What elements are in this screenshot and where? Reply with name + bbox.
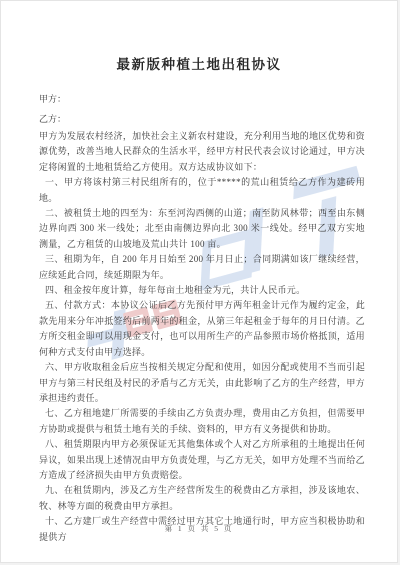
clause-3: 三、租期为年，自 200 年月日始至 200 年月日止；合同期满如该厂继续经营，… xyxy=(39,252,365,283)
party-b-label: 乙方： xyxy=(39,109,365,129)
document-page: 最新版种植土地出租协议 甲方： 乙方： 甲方为发展农村经济，加快社会主义新农村建… xyxy=(0,0,398,563)
document-title: 最新版种植土地出租协议 xyxy=(1,53,397,73)
clause-1: 一、甲方将该村第三村民组所有的，位于*****的荒山租赁给乙方作为建砖用地。 xyxy=(39,175,365,206)
clause-5: 五、付款方式：本协议公证后乙方先预付甲方两年租金计元作为履约定金，此款先用来分年… xyxy=(39,298,365,360)
document-body: 甲方： 乙方： 甲方为发展农村经济，加快社会主义新农村建设，充分利用当地的地区优… xyxy=(1,89,397,545)
clause-8: 八、租赁期限内甲方必须保证无其他集体或个人对乙方所承租的土地提出任何异议，如果出… xyxy=(39,437,365,483)
clause-7: 七、乙方租地建厂所需要的手续由乙方负责办理，费用由乙方负担，但需要甲方协助或提供… xyxy=(39,406,365,437)
clause-9: 九、在租赁期内，涉及乙方生产经营所发生的税费由乙方承担，涉及该地农、牧、林等方面… xyxy=(39,483,365,514)
clause-4: 四、租金按年度计算，每年每亩土地租金为元，共计人民币元。 xyxy=(39,283,365,298)
page-number: 第 1 页 共 5 页 xyxy=(1,523,397,534)
clause-6: 六、甲方收取租金后应当按相关规定分配和使用，如因分配或使用不当而引起甲方与第三村… xyxy=(39,360,365,406)
party-a-label: 甲方： xyxy=(39,89,365,109)
clause-2: 二、被租赁土地的四至为：东至河沟西侧的山道；南至防风林带；西至由东侧边界向西 3… xyxy=(39,206,365,252)
intro-paragraph: 甲方为发展农村经济，加快社会主义新农村建设，充分利用当地的地区优势和资源优势，改… xyxy=(39,129,365,175)
